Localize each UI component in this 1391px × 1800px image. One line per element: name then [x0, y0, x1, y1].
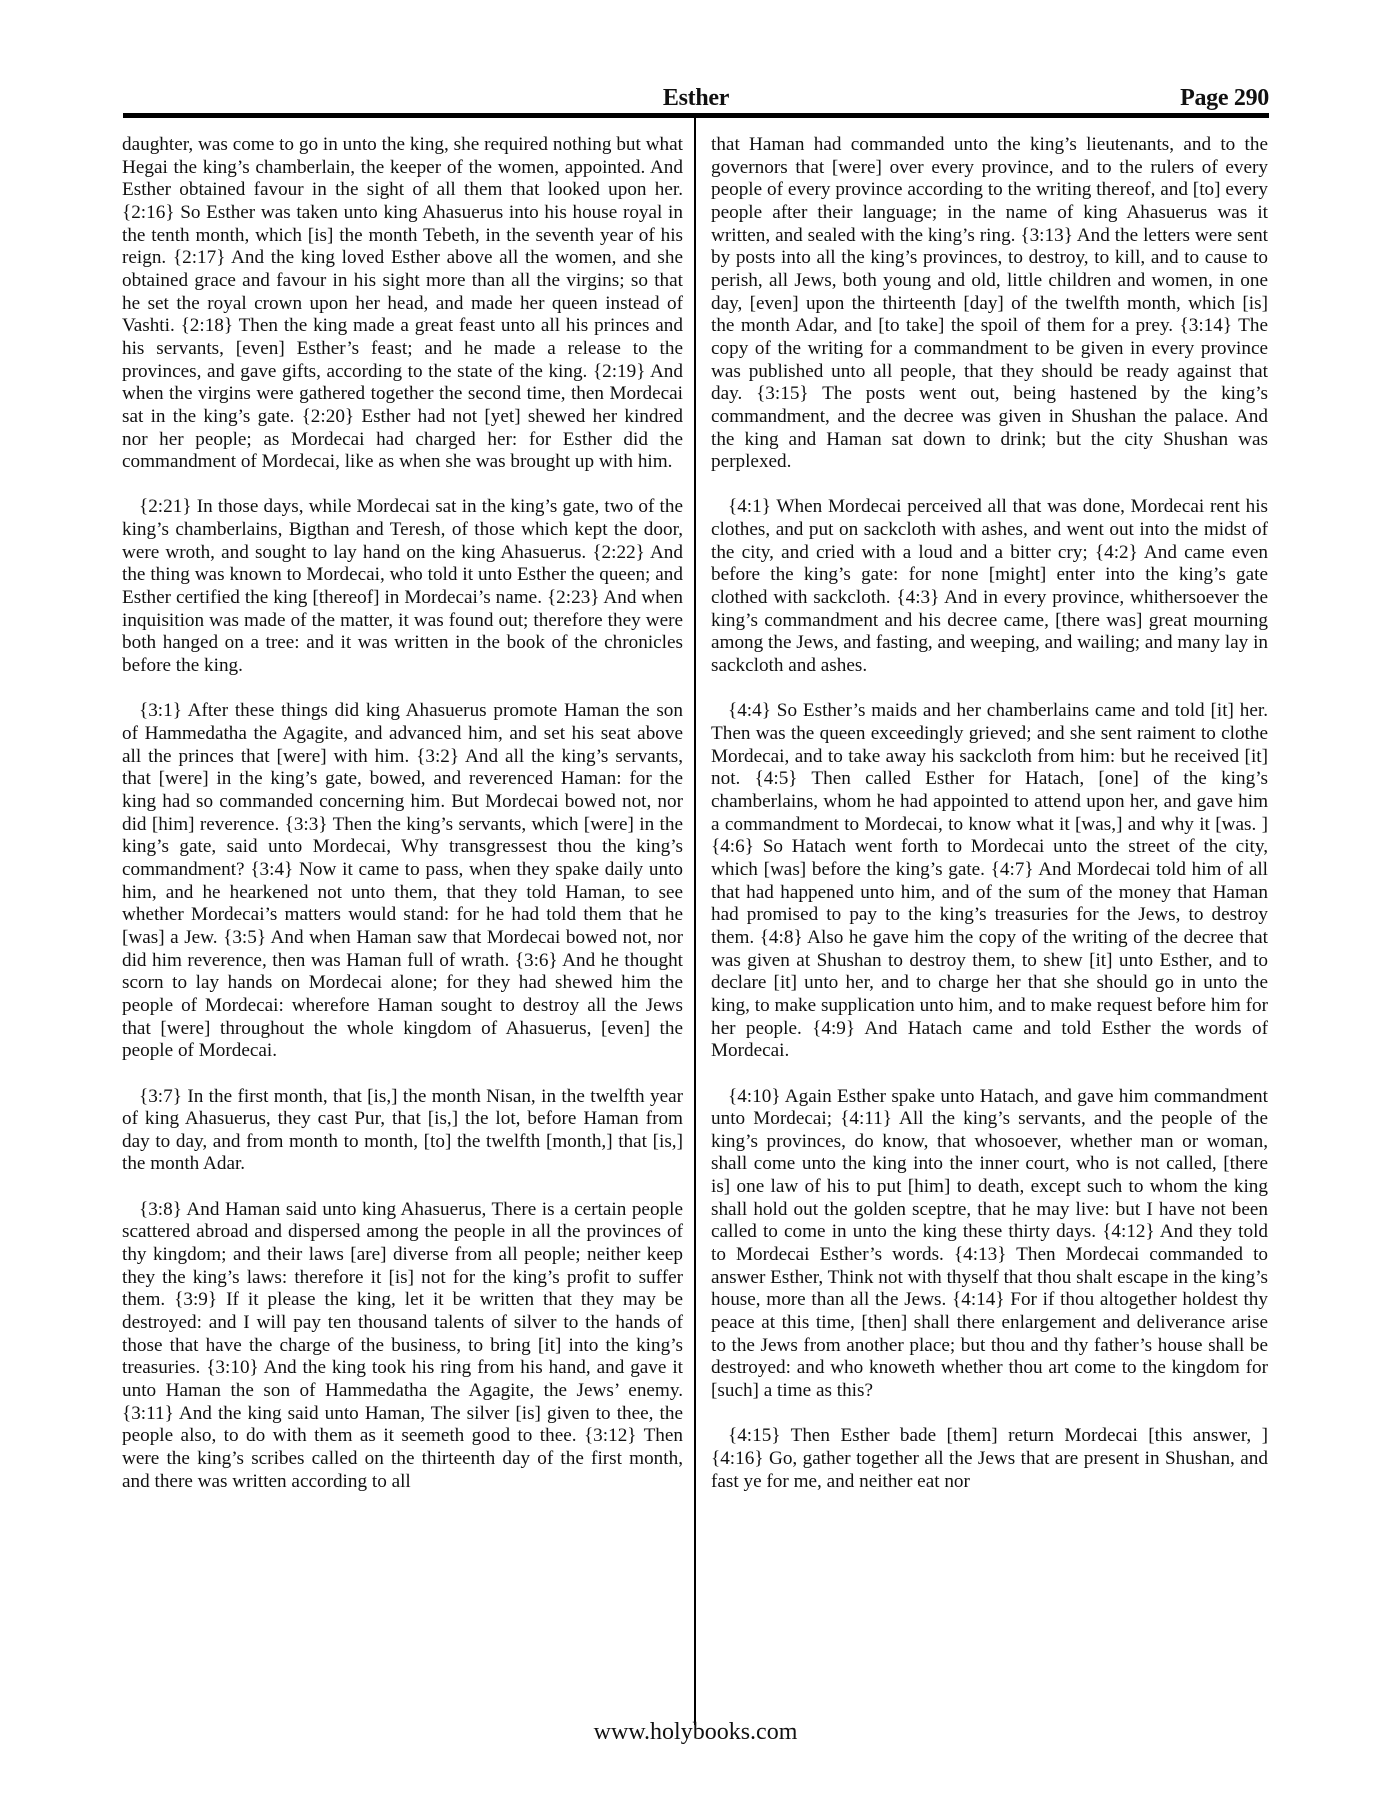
paragraph: {4:4} So Esther’s maids and her chamberl… [711, 700, 1268, 1063]
page-header: Esther Page 290 [123, 84, 1269, 114]
paragraph: daughter, was come to go in unto the kin… [122, 134, 683, 474]
paragraph: {3:8} And Haman said unto king Ahasuerus… [122, 1199, 683, 1494]
paragraph: that Haman had commanded unto the king’s… [711, 134, 1268, 474]
column-divider [694, 118, 696, 1725]
paragraph: {4:1} When Mordecai perceived all that w… [711, 496, 1268, 677]
right-column: that Haman had commanded unto the king’s… [711, 134, 1268, 1493]
paragraph: {4:10} Again Esther spake unto Hatach, a… [711, 1086, 1268, 1403]
left-column: daughter, was come to go in unto the kin… [122, 134, 683, 1493]
paragraph: {2:21} In those days, while Mordecai sat… [122, 496, 683, 677]
page-number: Page 290 [1180, 84, 1269, 112]
footer-website-link[interactable]: www.holybooks.com [0, 1718, 1391, 1746]
paragraph: {3:1} After these things did king Ahasue… [122, 700, 683, 1063]
paragraph: {4:15} Then Esther bade [them] return Mo… [711, 1425, 1268, 1493]
book-title: Esther [123, 84, 1269, 112]
header-rule [123, 113, 1269, 118]
paragraph: {3:7} In the first month, that [is,] the… [122, 1086, 683, 1177]
